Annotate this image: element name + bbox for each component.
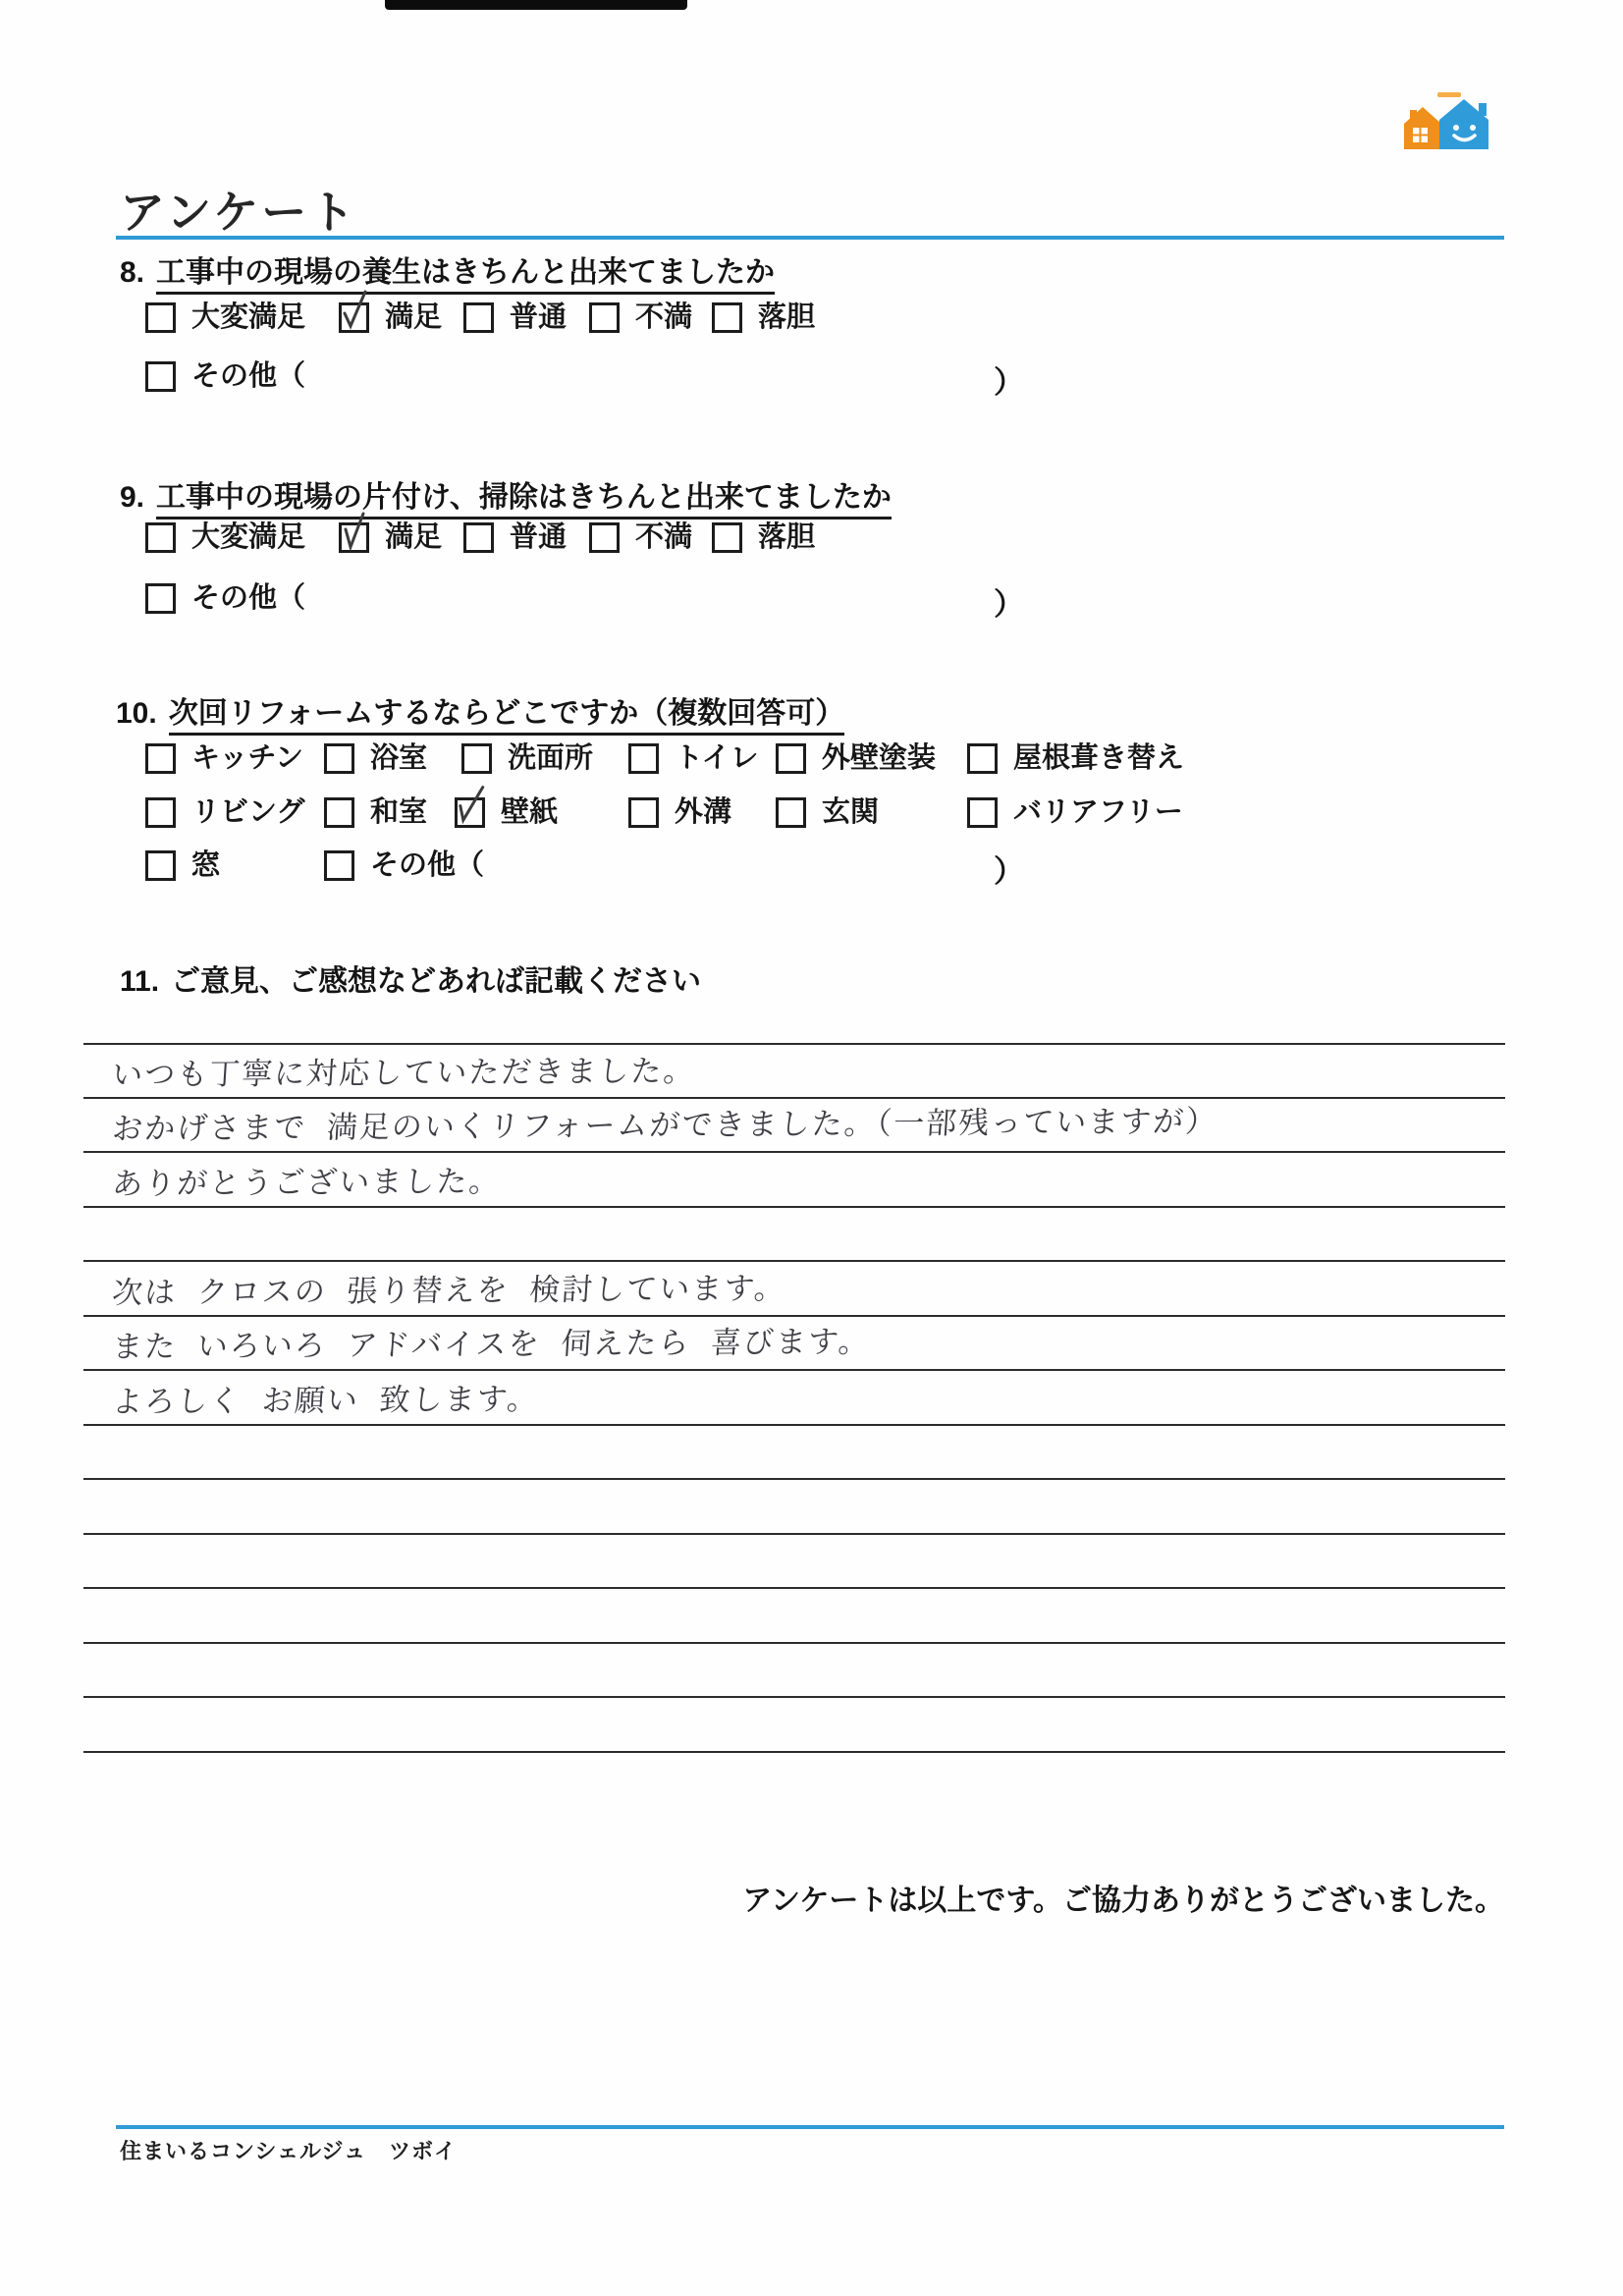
q9-option-taihen-manzoku: 大変満足 [145, 522, 339, 553]
option-label: 普通 [510, 523, 567, 552]
q10-option-kabegami: 壁紙 [455, 797, 628, 828]
option-label: 満足 [385, 303, 442, 332]
comment-line-5[interactable]: 次は クロスの 張り替えを 検討しています。 [83, 1263, 1505, 1317]
option-label: 洗面所 [508, 744, 593, 773]
question-number: 9. [120, 481, 144, 514]
q9-options-row: 大変満足 満足 普通 不満 落胆 [145, 522, 815, 553]
question-11-heading: 11.ご意見、ご感想などあれば記載ください [120, 957, 701, 1000]
checkbox[interactable] [712, 302, 742, 333]
checkbox[interactable] [145, 361, 176, 392]
q9-option-rakutan: 落胆 [712, 522, 815, 553]
footer-divider [116, 2125, 1504, 2129]
q10-option-mado: 窓 [145, 850, 324, 881]
q10-option-living: リビング [145, 797, 324, 828]
closing-note: アンケートは以上です。ご協力ありがとうございました。 [742, 1876, 1504, 1919]
question-number: 8. [120, 256, 144, 289]
handwritten-text: おかげさまで 満足のいくリフォームができました。（一部残っていますが） [111, 1096, 1219, 1148]
checkbox[interactable] [324, 850, 354, 881]
option-label: キッチン [191, 744, 303, 773]
comment-line-2[interactable]: おかげさまで 満足のいくリフォームができました。（一部残っていますが） [83, 1099, 1505, 1153]
option-label: トイレ [675, 744, 759, 773]
checkbox-checked[interactable] [455, 797, 485, 828]
option-label: 外溝 [675, 798, 731, 827]
company-logo [1396, 90, 1502, 157]
checkbox[interactable] [589, 302, 620, 333]
checkbox[interactable] [145, 583, 176, 614]
handwritten-text: よろしく お願い 致します。 [111, 1374, 541, 1421]
survey-page: アンケート 8.工事中の現場の養生はきちんと出来てましたか 大変満足 満足 普通… [0, 0, 1623, 2296]
title-divider [116, 236, 1504, 240]
q10-row3: 窓 その他（ ） [145, 850, 484, 881]
option-label: 屋根葺き替え [1013, 744, 1184, 773]
option-label: 満足 [385, 523, 442, 552]
option-label: 普通 [510, 303, 567, 332]
q10-option-kitchen: キッチン [145, 743, 324, 774]
option-label: バリアフリー [1013, 798, 1183, 827]
option-label: 外壁塗装 [822, 744, 936, 773]
checkbox[interactable] [776, 797, 806, 828]
option-label: 不満 [635, 303, 692, 332]
checkbox-checked[interactable] [339, 522, 369, 553]
comment-line-8[interactable] [83, 1426, 1505, 1480]
handwritten-text: いつも丁寧に対応していただきました。 [111, 1046, 697, 1094]
option-label: その他（ [191, 362, 305, 391]
comment-line-11[interactable] [83, 1590, 1505, 1644]
q10-option-toilet: トイレ [628, 743, 776, 774]
question-10-heading: 10.次回リフォームするならどこですか（複数回答可） [116, 688, 844, 732]
question-9-heading: 9.工事中の現場の片付け、掃除はきちんと出来てましたか [120, 472, 892, 516]
comment-line-12[interactable] [83, 1644, 1505, 1698]
option-label: 不満 [635, 523, 692, 552]
handwritten-check-icon [337, 508, 372, 553]
scan-artifact [385, 0, 687, 10]
checkbox[interactable] [145, 522, 176, 553]
option-label: 壁紙 [501, 798, 558, 827]
q9-option-other: その他（ [145, 583, 305, 614]
checkbox[interactable] [461, 743, 492, 774]
checkbox[interactable] [628, 797, 659, 828]
q9-other-row: その他（ ） [145, 583, 305, 614]
q9-option-manzoku: 満足 [339, 522, 463, 553]
checkbox-checked[interactable] [339, 302, 369, 333]
question-text: 次回リフォームするならどこですか（複数回答可） [169, 697, 845, 736]
q10-option-gaiheki-tosou: 外壁塗装 [776, 743, 967, 774]
option-label: 浴室 [370, 744, 427, 773]
checkbox[interactable] [324, 743, 354, 774]
q8-option-taihen-manzoku: 大変満足 [145, 302, 339, 333]
question-number: 11. [120, 965, 159, 998]
q8-option-rakutan: 落胆 [712, 302, 815, 333]
q10-option-barrier-free: バリアフリー [967, 797, 1183, 828]
option-label: 玄関 [822, 798, 879, 827]
q8-option-other: その他（ [145, 361, 305, 392]
checkbox[interactable] [463, 302, 494, 333]
option-label: その他（ [191, 584, 305, 613]
option-label: 和室 [370, 798, 427, 827]
option-label: 窓 [191, 851, 220, 880]
option-label: 落胆 [758, 303, 815, 332]
q10-option-yane-fukikae: 屋根葺き替え [967, 743, 1184, 774]
other-close-paren: ） [994, 357, 1024, 402]
checkbox[interactable] [589, 522, 620, 553]
footer-company-name: 住まいるコンシェルジュ ツボイ [120, 2135, 457, 2165]
option-label: 大変満足 [191, 523, 305, 552]
q10-option-yokushitsu: 浴室 [324, 743, 461, 774]
checkbox[interactable] [776, 743, 806, 774]
q8-option-futsuu: 普通 [463, 302, 589, 333]
option-label: 大変満足 [191, 303, 305, 332]
comment-line-3[interactable]: ありがとうございました。 [83, 1154, 1505, 1208]
comment-line-9[interactable] [83, 1481, 1505, 1535]
checkbox[interactable] [628, 743, 659, 774]
q10-option-washitsu: 和室 [324, 797, 455, 828]
comment-line-4[interactable] [83, 1208, 1505, 1262]
comment-line-7[interactable]: よろしく お願い 致します。 [83, 1372, 1505, 1426]
q8-option-fuman: 不満 [589, 302, 712, 333]
question-8-heading: 8.工事中の現場の養生はきちんと出来てましたか [120, 247, 775, 291]
q10-row2: リビング 和室 壁紙 外溝 玄関 バリアフリー [145, 797, 1183, 828]
option-label: リビング [191, 798, 304, 827]
checkbox[interactable] [967, 743, 998, 774]
other-close-paren: ） [994, 847, 1024, 891]
checkbox[interactable] [145, 302, 176, 333]
handwritten-text: ありがとうございました。 [111, 1156, 503, 1203]
checkbox[interactable] [712, 522, 742, 553]
handwritten-check-icon [337, 288, 372, 333]
question-text: 工事中の現場の片付け、掃除はきちんと出来てましたか [156, 481, 892, 519]
comment-line-10[interactable] [83, 1535, 1505, 1589]
q10-option-other: その他（ [324, 850, 484, 881]
checkbox[interactable] [145, 850, 176, 881]
q10-option-senmenjo: 洗面所 [461, 743, 628, 774]
checkbox[interactable] [463, 522, 494, 553]
comment-line-1[interactable]: いつも丁寧に対応していただきました。 [83, 1045, 1505, 1099]
question-text: ご意見、ご感想などあれば記載ください [171, 965, 701, 1001]
checkbox[interactable] [324, 797, 354, 828]
checkbox[interactable] [145, 797, 176, 828]
q10-option-genkan: 玄関 [776, 797, 967, 828]
q10-row1: キッチン 浴室 洗面所 トイレ 外壁塗装 屋根葺き替え [145, 743, 1184, 774]
option-label: 落胆 [758, 523, 815, 552]
other-close-paren: ） [994, 579, 1024, 624]
question-text: 工事中の現場の養生はきちんと出来てましたか [156, 256, 775, 295]
q8-option-manzoku: 満足 [339, 302, 463, 333]
q8-other-row: その他（ ） [145, 361, 305, 392]
q9-option-futsuu: 普通 [463, 522, 589, 553]
option-label: その他（ [370, 851, 484, 880]
q9-option-fuman: 不満 [589, 522, 712, 553]
handwritten-check-icon [450, 781, 491, 831]
q10-option-gaikou: 外溝 [628, 797, 776, 828]
checkbox[interactable] [967, 797, 998, 828]
checkbox[interactable] [145, 743, 176, 774]
q8-options-row: 大変満足 満足 普通 不満 落胆 [145, 302, 815, 333]
house-logo-icon [1396, 90, 1502, 157]
comment-line-6[interactable]: また いろいろ アドバイスを 伺えたら 喜びます。 [83, 1317, 1505, 1371]
handwritten-text: 次は クロスの 張り替えを 検討しています。 [111, 1263, 788, 1312]
page-title: アンケート [120, 177, 357, 242]
handwritten-text: また いろいろ アドバイスを 伺えたら 喜びます。 [111, 1317, 872, 1366]
question-number: 10. [116, 697, 157, 730]
comment-line-13[interactable] [83, 1699, 1505, 1753]
